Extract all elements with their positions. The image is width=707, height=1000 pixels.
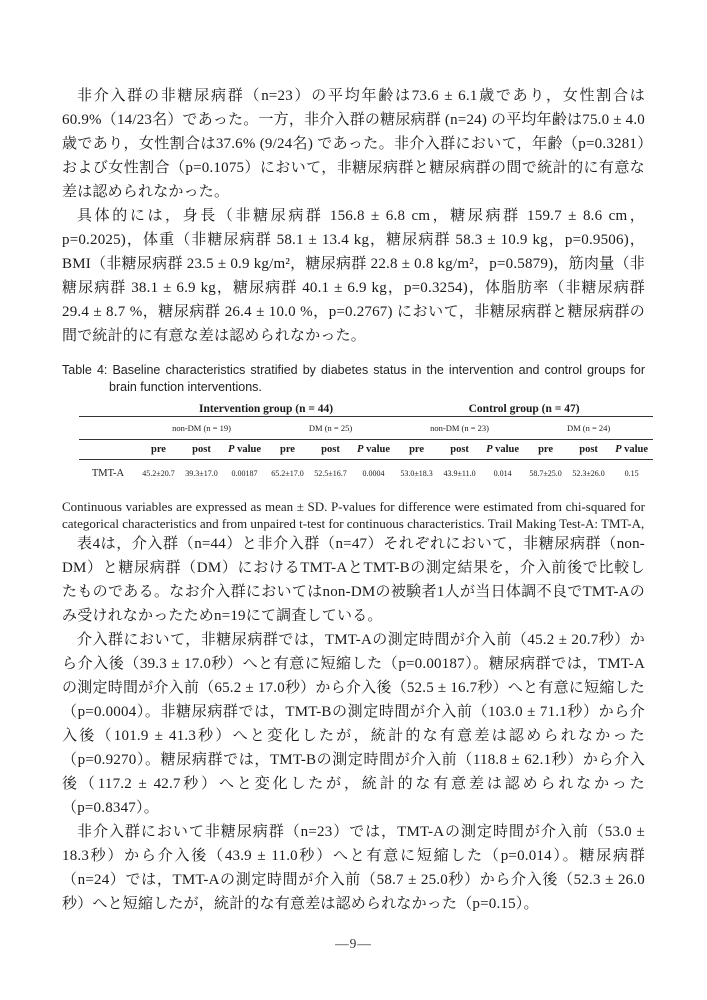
p-italic: P (357, 444, 363, 455)
group-header-intervention: Intervention group (n = 44) (137, 401, 395, 417)
subgroup-header-dm-intervention: DM (n = 25) (266, 417, 395, 440)
table-cell-value: 0.0004 (352, 460, 395, 488)
row-label-tmt-a: TMT-A (79, 460, 137, 488)
p-rest: value (495, 444, 519, 455)
p-italic: P (228, 444, 234, 455)
col-header-pvalue: P value (352, 440, 395, 460)
table-cell-value: 0.014 (481, 460, 524, 488)
subgroup-header-nondm-control: non-DM (n = 23) (395, 417, 524, 440)
baseline-characteristics-table: Intervention group (n = 44) Control grou… (79, 401, 653, 487)
subgroup-header-nondm-intervention: non-DM (n = 19) (137, 417, 266, 440)
table-cell-value: 0.15 (610, 460, 653, 488)
p-rest: value (366, 444, 390, 455)
paragraph-table4-description: 表4は，介入群（n=44）と非介入群（n=47）それぞれにおいて，非糖尿病群（n… (62, 532, 645, 628)
document-page: 非介入群の非糖尿病群（n=23）の平均年齢は73.6 ± 6.1歳であり，女性割… (0, 0, 707, 1000)
p-italic: P (615, 444, 621, 455)
table-caption: Table 4: Baseline characteristics strati… (62, 362, 645, 395)
table-empty-cell (79, 440, 137, 460)
table-group-header-row: Intervention group (n = 44) Control grou… (79, 401, 653, 417)
table-cell-value: 52.3±26.0 (567, 460, 610, 488)
subgroup-header-dm-control: DM (n = 24) (524, 417, 653, 440)
table-cell-value: 65.2±17.0 (266, 460, 309, 488)
col-header-pre: pre (524, 440, 567, 460)
table-empty-cell (79, 417, 137, 440)
page-number: —9— (0, 936, 707, 952)
paragraph-ctrl-group-anthropometrics: 具体的には，身長（非糖尿病群 156.8 ± 6.8 cm，糖尿病群 159.7… (62, 204, 645, 348)
paragraph-ctrl-group-demographics: 非介入群の非糖尿病群（n=23）の平均年齢は73.6 ± 6.1歳であり，女性割… (62, 84, 645, 204)
table-cell-value: 43.9±11.0 (438, 460, 481, 488)
table-row-tmt-a: TMT-A 45.2±20.7 39.3±17.0 0.00187 65.2±1… (79, 460, 653, 488)
table-cell-value: 45.2±20.7 (137, 460, 180, 488)
p-italic: P (486, 444, 492, 455)
col-header-pre: pre (395, 440, 438, 460)
table-corner-cell (79, 401, 137, 417)
table-subgroup-header-row: non-DM (n = 19) DM (n = 25) non-DM (n = … (79, 417, 653, 440)
table-cell-value: 39.3±17.0 (180, 460, 223, 488)
p-rest: value (624, 444, 648, 455)
col-header-pre: pre (137, 440, 180, 460)
table-column-header-row: pre post P value pre post P value pre po… (79, 440, 653, 460)
col-header-pre: pre (266, 440, 309, 460)
p-rest: value (237, 444, 261, 455)
table-caption-text: Baseline characteristics stratified by d… (109, 363, 645, 394)
col-header-pvalue: P value (610, 440, 653, 460)
table-cell-value: 52.5±16.7 (309, 460, 352, 488)
col-header-post: post (309, 440, 352, 460)
col-header-pvalue: P value (481, 440, 524, 460)
paragraph-control-results: 非介入群において非糖尿病群（n=23）では，TMT-Aの測定時間が介入前（53.… (62, 820, 645, 916)
col-header-post: post (438, 440, 481, 460)
table-cell-value: 0.00187 (223, 460, 266, 488)
group-header-control: Control group (n = 47) (395, 401, 653, 417)
table-caption-label: Table 4: (62, 363, 107, 377)
col-header-post: post (567, 440, 610, 460)
paragraph-intervention-results: 介入群において，非糖尿病群では，TMT-Aの測定時間が介入前（45.2 ± 20… (62, 628, 645, 820)
col-header-post: post (180, 440, 223, 460)
col-header-pvalue: P value (223, 440, 266, 460)
table-footnote: Continuous variables are expressed as me… (62, 499, 645, 532)
table-cell-value: 53.0±18.3 (395, 460, 438, 488)
table-cell-value: 58.7±25.0 (524, 460, 567, 488)
